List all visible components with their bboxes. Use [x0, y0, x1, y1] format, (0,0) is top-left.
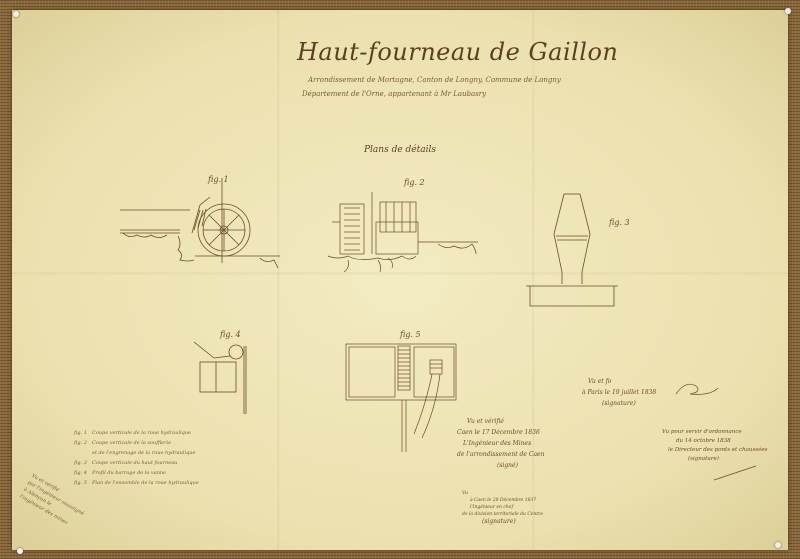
subtitle-line-2: Département de l'Orne, appartenant à Mr …: [302, 90, 486, 98]
pin-top-left: [13, 11, 19, 17]
legend-item: fig. 4Profil du barrage de la vanne: [74, 468, 199, 478]
legend-item: fig. 3Coupe verticale du haut fourneau: [74, 458, 199, 468]
signature-flourish: [672, 380, 722, 400]
fig3-furnace-drawing: [522, 190, 622, 310]
fig2-machinery-drawing: [328, 186, 488, 276]
far-right-annotation: Vu pour servir d'ordonnance du 14 octobr…: [662, 428, 767, 464]
figure-legend: fig. 1Coupe verticale de la roue hydraul…: [74, 428, 199, 488]
fig4-mechanism-drawing: [184, 334, 264, 414]
document-title: Haut-fourneau de Gaillon: [297, 38, 618, 66]
legend-item: fig. 1Coupe verticale de la roue hydraul…: [74, 428, 199, 438]
legend-item: fig. 5Plan de l'ensemble de la roue hydr…: [74, 478, 199, 488]
pin-top-right: [785, 8, 791, 14]
center-annotation: Vu et vérifié Caen le 17 Décembre 1836 L…: [457, 416, 544, 471]
fig5-plan-drawing: [344, 342, 464, 452]
drawing-sheet: Haut-fourneau de Gaillon Arrondissement …: [12, 10, 788, 550]
pin-bottom-left: [17, 548, 23, 554]
fig5-label: fig. 5: [400, 330, 421, 339]
legend-item: et de l'engrenage de la roue hydraulique: [74, 448, 199, 458]
bottom-center-annotation: Vu à Caen le 28 Décembre 1837 l'Ingénieu…: [462, 490, 543, 525]
fig1-water-wheel-drawing: [120, 178, 280, 278]
signature-stroke: [712, 462, 762, 482]
right-annotation: Vu et fo à Paris le 19 juillet 1838 (sig…: [582, 376, 656, 409]
section-title: Plans de détails: [364, 145, 436, 155]
pin-bottom-right: [775, 542, 781, 548]
legend-item: fig. 2Coupe verticale de la soufflerie: [74, 438, 199, 448]
subtitle-line-1: Arrondissement de Mortagne, Canton de Lo…: [308, 76, 561, 84]
